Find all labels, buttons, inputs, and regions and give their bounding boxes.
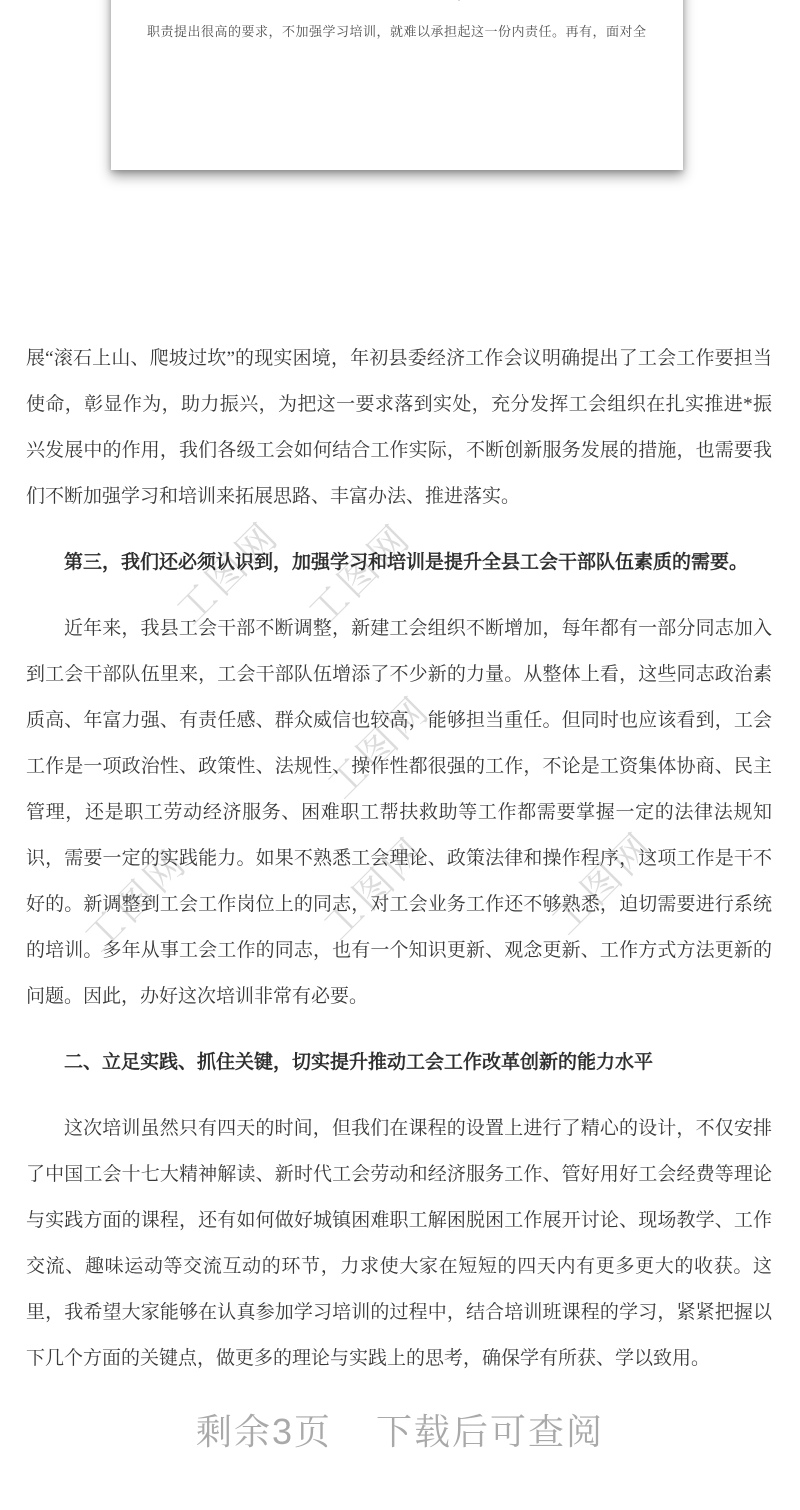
prev-page-clipped-line: 社会发展对工会组织和工会干部提出了新的更高要求，对我们履行好工会干部的岗位	[147, 0, 647, 4]
section-heading-two: 二、立足实践、抓住关键，切实提升推动工会工作改革创新的能力水平	[26, 1040, 772, 1086]
section-heading-third: 第三，我们还必须认识到，加强学习和培训是提升全县工会干部队伍素质的需要。	[26, 540, 772, 586]
previous-page-sheet: 社会发展对工会组织和工会干部提出了新的更高要求，对我们履行好工会干部的岗位 职责…	[111, 0, 683, 170]
prev-page-last-line: 职责提出很高的要求，不加强学习培训，就难以承担起这一份内责任。再有，面对全县经济…	[147, 22, 647, 42]
remaining-pages-label: 剩余3页	[196, 1404, 332, 1455]
document-preview-page: 社会发展对工会组织和工会干部提出了新的更高要求，对我们履行好工会干部的岗位 职责…	[0, 0, 800, 1510]
document-text-block: 展“滚石上山、爬坡过坎”的现实困境，年初县委经济工作会议明确提出了工会工作要担当…	[26, 336, 772, 1382]
preview-footer: 剩余3页 下载后可查阅	[0, 1404, 800, 1455]
download-hint-label: 下载后可查阅	[376, 1404, 604, 1455]
paragraph: 这次培训虽然只有四天的时间，但我们在课程的设置上进行了精心的设计，不仅安排了中国…	[26, 1106, 772, 1382]
paragraph: 近年来，我县工会干部不断调整，新建工会组织不断增加，每年都有一部分同志加入到工会…	[26, 606, 772, 1020]
paragraph-continuation: 展“滚石上山、爬坡过坎”的现实困境，年初县委经济工作会议明确提出了工会工作要担当…	[26, 336, 772, 520]
